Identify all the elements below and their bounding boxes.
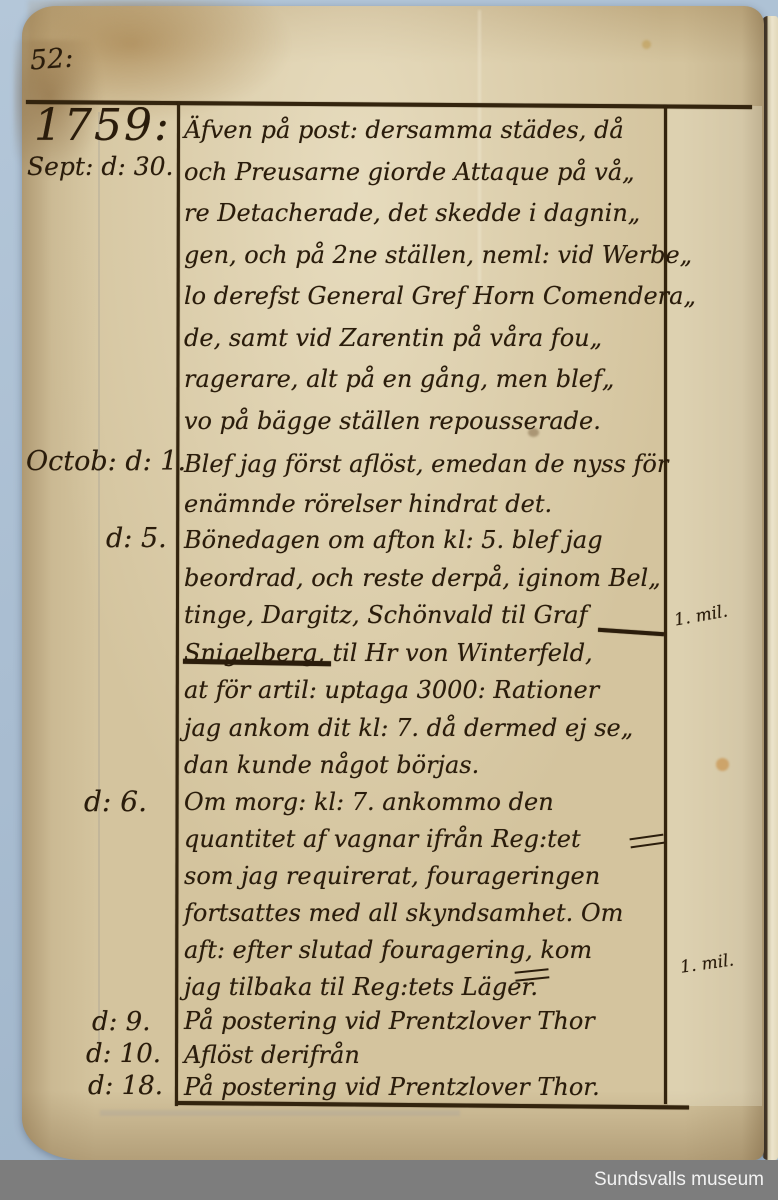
text-line: Bönedagen om afton kl: 5. blef jag	[184, 522, 664, 560]
entry-text: På postering vid Prentzlover Thor	[184, 1004, 664, 1038]
entry-text: Om morg: kl: 7. ankommo den quantitet af…	[184, 784, 664, 1006]
entry-date: d: 6.	[84, 785, 147, 818]
text-line: Äfven på post: dersamma städes, då	[184, 110, 664, 152]
text-line: beordrad, och reste derpå, iginom Bel„	[184, 560, 664, 598]
text-line: Snigelberg, til Hr von Winterfeld,	[184, 635, 664, 673]
text-line: dan kunde något börjas.	[184, 747, 664, 785]
text-line: tinge, Dargitz, Schönvald til Graf	[184, 597, 664, 635]
entry-text: Aflöst derifrån	[184, 1038, 664, 1072]
year-heading: 1759:	[34, 100, 171, 151]
text-line: gen, och på 2ne ställen, neml: vid Werbe…	[184, 235, 664, 277]
entry-date: Sept: d: 30.	[27, 152, 173, 181]
bleed-through-streak	[100, 1110, 460, 1116]
text-line: de, samt vid Zarentin på våra fou„	[184, 318, 664, 360]
entry-date: d: 9.	[92, 1007, 150, 1037]
entry-date: d: 18.	[88, 1071, 163, 1101]
entry-date: d: 10.	[86, 1039, 161, 1069]
text-line: enämnde rörelser hindrat det.	[184, 484, 664, 524]
credit-text: Sundsvalls museum	[594, 1160, 764, 1200]
entry-text: Äfven på post: dersamma städes, då och P…	[184, 110, 664, 442]
paper-spot	[716, 758, 729, 771]
text-line: Om morg: kl: 7. ankommo den	[184, 784, 664, 821]
text-line: at för artil: uptaga 3000: Rationer	[184, 672, 664, 710]
text-line: ragerare, alt på en gång, men blef„	[184, 359, 664, 401]
book-fore-edge	[762, 16, 778, 1160]
text-line: Aflöst derifrån	[184, 1038, 664, 1072]
manuscript-photo: 52: 1759: Sept: d: 30. Octob: d: 1. d: 5…	[0, 0, 778, 1200]
page-number: 52:	[29, 43, 75, 77]
text-line: re Detacherade, det skedde i dagnin„	[184, 193, 664, 235]
paper-spot	[642, 40, 651, 49]
entry-date: Octob: d: 1.	[26, 446, 186, 477]
text-line: lo derefst General Gref Horn Comendera„	[184, 276, 664, 318]
text-line: jag ankom dit kl: 7. då dermed ej se„	[184, 710, 664, 748]
bleed-through-rule	[98, 112, 100, 1052]
text-line: vo på bägge ställen repousserade.	[184, 401, 664, 443]
entry-date: d: 5.	[106, 523, 167, 554]
text-line: aft: efter slutad fouragering, kom	[184, 932, 664, 969]
text-line: Blef jag först aflöst, emedan de nyss fö…	[184, 444, 664, 484]
credit-bar: Sundsvalls museum	[0, 1160, 778, 1200]
text-line: På postering vid Prentzlover Thor.	[184, 1070, 664, 1104]
entry-text: På postering vid Prentzlover Thor.	[184, 1070, 664, 1104]
text-line: jag tilbaka til Reg:tets Läger.	[184, 969, 664, 1006]
entry-text: Blef jag först aflöst, emedan de nyss fö…	[184, 444, 664, 524]
text-line: och Preusarne giorde Attaque på vå„	[184, 152, 664, 194]
text-line: som jag requirerat, fourageringen	[184, 858, 664, 895]
text-line: quantitet af vagnar ifrån Reg:tet	[184, 821, 664, 858]
text-line: På postering vid Prentzlover Thor	[184, 1004, 664, 1038]
entry-text: Bönedagen om afton kl: 5. blef jag beord…	[184, 522, 664, 785]
text-line: fortsattes med all skyndsamhet. Om	[184, 895, 664, 932]
